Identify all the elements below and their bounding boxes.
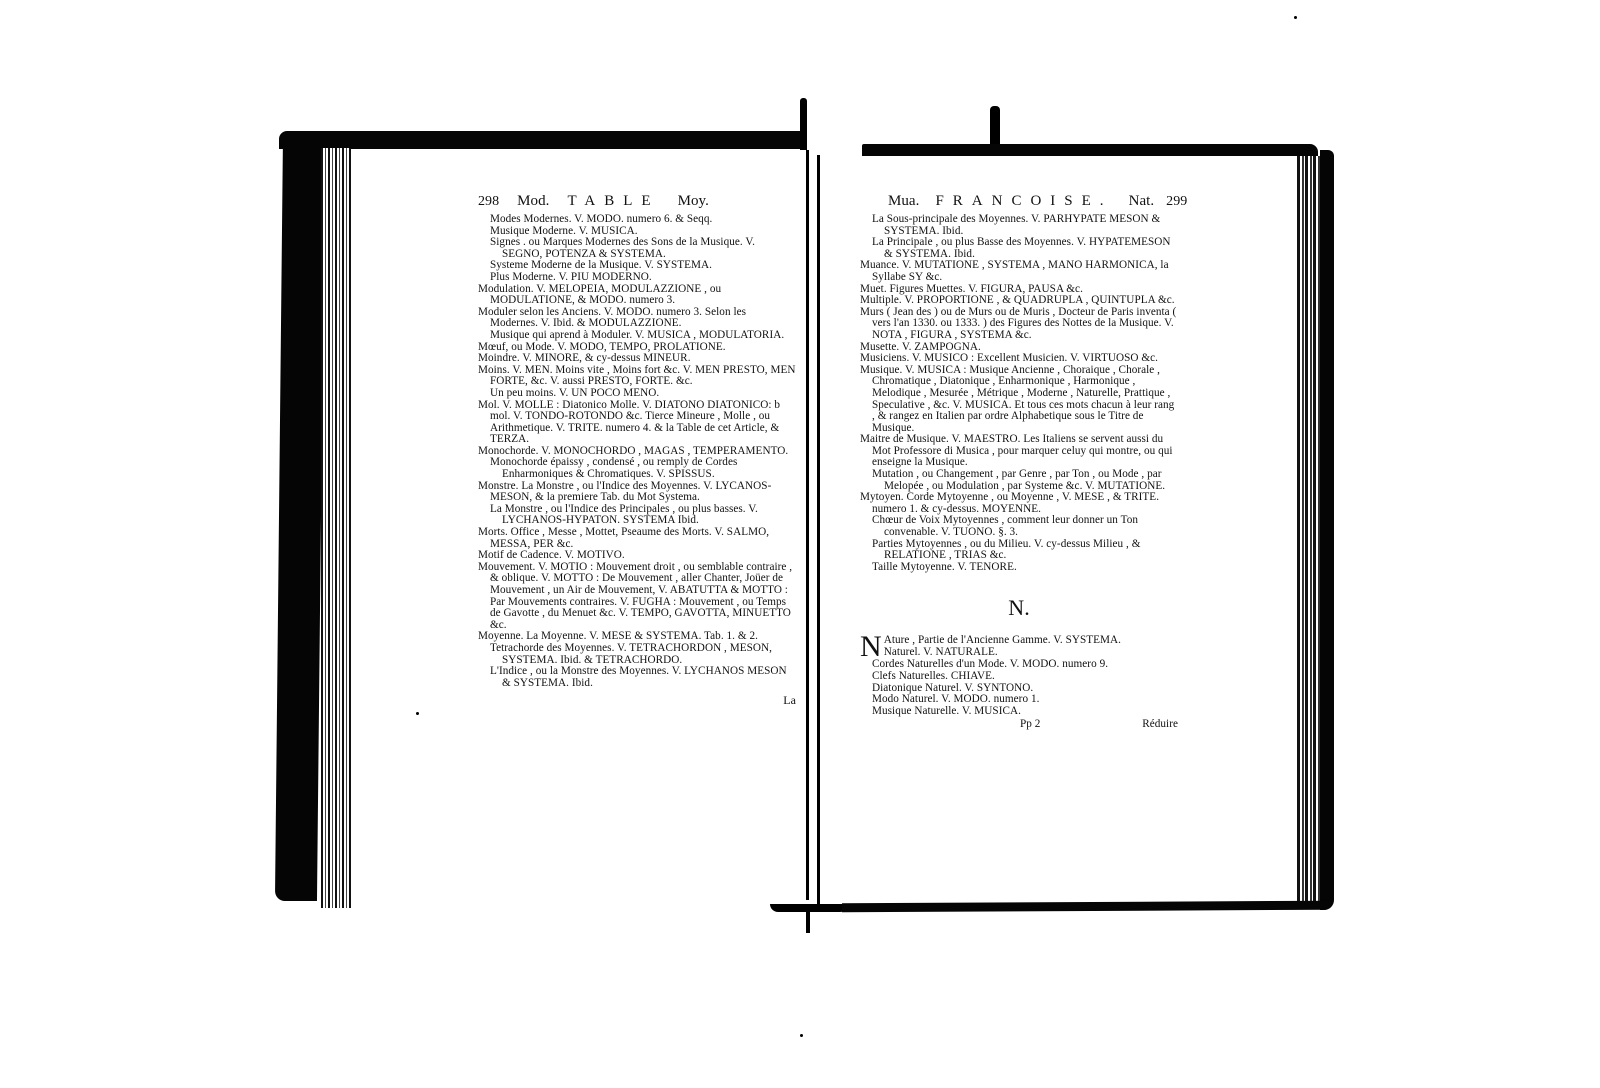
index-entry: Musique. V. MUSICA : Musique Ancienne , … (860, 365, 1178, 435)
index-entry: L'Indice , ou la Monstre des Moyennes. V… (478, 666, 796, 689)
right-cover-bottom (842, 901, 1332, 913)
page-number: 299 (1166, 193, 1187, 211)
drop-cap: N (860, 635, 882, 659)
scan-speck (1294, 16, 1297, 19)
right-cover-top (862, 144, 1318, 156)
running-head-left: 298 Mod. TABLE Moy. (478, 192, 796, 211)
index-entry: Chœur de Voix Mytoyennes , comment leur … (860, 515, 1178, 538)
running-head-right: Mua. FRANCOISE. Nat. 299 (860, 192, 1178, 211)
index-entry: Moins. V. MEN. Moins vite , Moins fort &… (478, 365, 796, 388)
index-entry: Morts. Office , Messe , Mottet, Pseaume … (478, 527, 796, 550)
index-entry: Muance. V. MUTATIONE , SYSTEMA , MANO HA… (860, 260, 1178, 283)
index-entry: Multiple. V. PROPORTIONE , & QUADRUPLA ,… (860, 295, 1178, 307)
index-entry: Mouvement. V. MOTIO : Mouvement droit , … (478, 562, 796, 632)
index-entry: Mytoyen. Corde Mytoyenne , ou Moyenne , … (860, 492, 1178, 515)
index-entry: Modes Modernes. V. MODO. numero 6. & Seq… (478, 214, 796, 226)
dropcap-entry: N Ature , Partie de l'Ancienne Gamme. V.… (860, 635, 1178, 659)
catchword: La (478, 695, 796, 707)
index-entry: Monstre. La Monstre , ou l'Indice des Mo… (478, 481, 796, 504)
right-page-text: Mua. FRANCOISE. Nat. 299 La Sous-princip… (860, 192, 1178, 731)
right-page-edges (1297, 156, 1321, 908)
index-entry: Signes . ou Marques Modernes des Sons de… (478, 237, 796, 260)
index-entry: Mol. V. MOLLE : Diatonico Molle. V. DIAT… (478, 400, 796, 446)
left-page-edges (321, 148, 351, 908)
head-keyword-end: Nat. (1129, 192, 1155, 210)
index-entry: Murs ( Jean des ) ou de Murs ou de Muris… (860, 307, 1178, 342)
running-title: TABLE (567, 192, 659, 210)
dropcap-lines: Ature , Partie de l'Ancienne Gamme. V. S… (884, 635, 1121, 658)
head-keyword-start: Mua. (888, 192, 919, 210)
head-keyword-start: Mod. (517, 192, 549, 210)
scan-speck (800, 1034, 803, 1037)
page-number: 298 (478, 193, 499, 211)
index-entry: La Principale , ou plus Basse des Moyenn… (860, 237, 1178, 260)
page-footer: Pp 2 Réduire (860, 719, 1178, 731)
spine-marker (800, 98, 807, 150)
index-entry: Tetrachorde des Moyennes. V. TETRACHORDO… (478, 643, 796, 666)
index-entry: Moindre. V. MINORE, & cy-dessus MINEUR. (478, 353, 796, 365)
bottom-tick (806, 905, 810, 933)
head-keyword-end: Moy. (678, 192, 709, 210)
index-entry: Monochorde épaissy , condensé , ou rempl… (478, 457, 796, 480)
left-page-text: 298 Mod. TABLE Moy. Modes Modernes. V. M… (478, 192, 796, 707)
running-title: FRANCOISE. (935, 192, 1112, 210)
scan-speck (416, 712, 419, 715)
gutter-line (817, 155, 820, 910)
section-heading-n: N. (860, 595, 1178, 621)
index-entry: Maitre de Musique. V. MAESTRO. Les Itali… (860, 434, 1178, 469)
index-entry: Musiciens. V. MUSICO : Excellent Musicie… (860, 353, 1178, 365)
index-entry: Parties Mytoyennes , ou du Milieu. V. cy… (860, 539, 1178, 562)
index-entry: Un peu moins. V. UN POCO MENO. (478, 388, 796, 400)
left-cover-edge (275, 131, 325, 901)
left-cover-top (279, 131, 807, 149)
index-entry: La Monstre , ou l'Indice des Principales… (478, 504, 796, 527)
index-entry: Moduler selon les Anciens. V. MODO. nume… (478, 307, 796, 330)
index-entry: Musique Naturelle. V. MUSICA. (860, 706, 1178, 718)
right-cover-edge (1320, 150, 1334, 910)
index-entry: Plus Moderne. V. PIU MODERNO. (478, 272, 796, 284)
index-entry: Taille Mytoyenne. V. TENORE. (860, 562, 1178, 574)
index-entry: Modulation. V. MELOPEIA, MODULAZZIONE , … (478, 284, 796, 307)
index-entry: Musique qui aprend à Moduler. V. MUSICA … (478, 330, 796, 342)
catchword: Réduire (1142, 719, 1178, 731)
index-entry: La Sous-principale des Moyennes. V. PARH… (860, 214, 1178, 237)
index-entry: Naturel. V. NATURALE. (884, 647, 1121, 659)
index-entry: Clefs Naturelles. CHIAVE. (860, 671, 1178, 683)
signature-mark: Pp 2 (1020, 719, 1040, 731)
index-entry: Mutation , ou Changement , par Genre , p… (860, 469, 1178, 492)
